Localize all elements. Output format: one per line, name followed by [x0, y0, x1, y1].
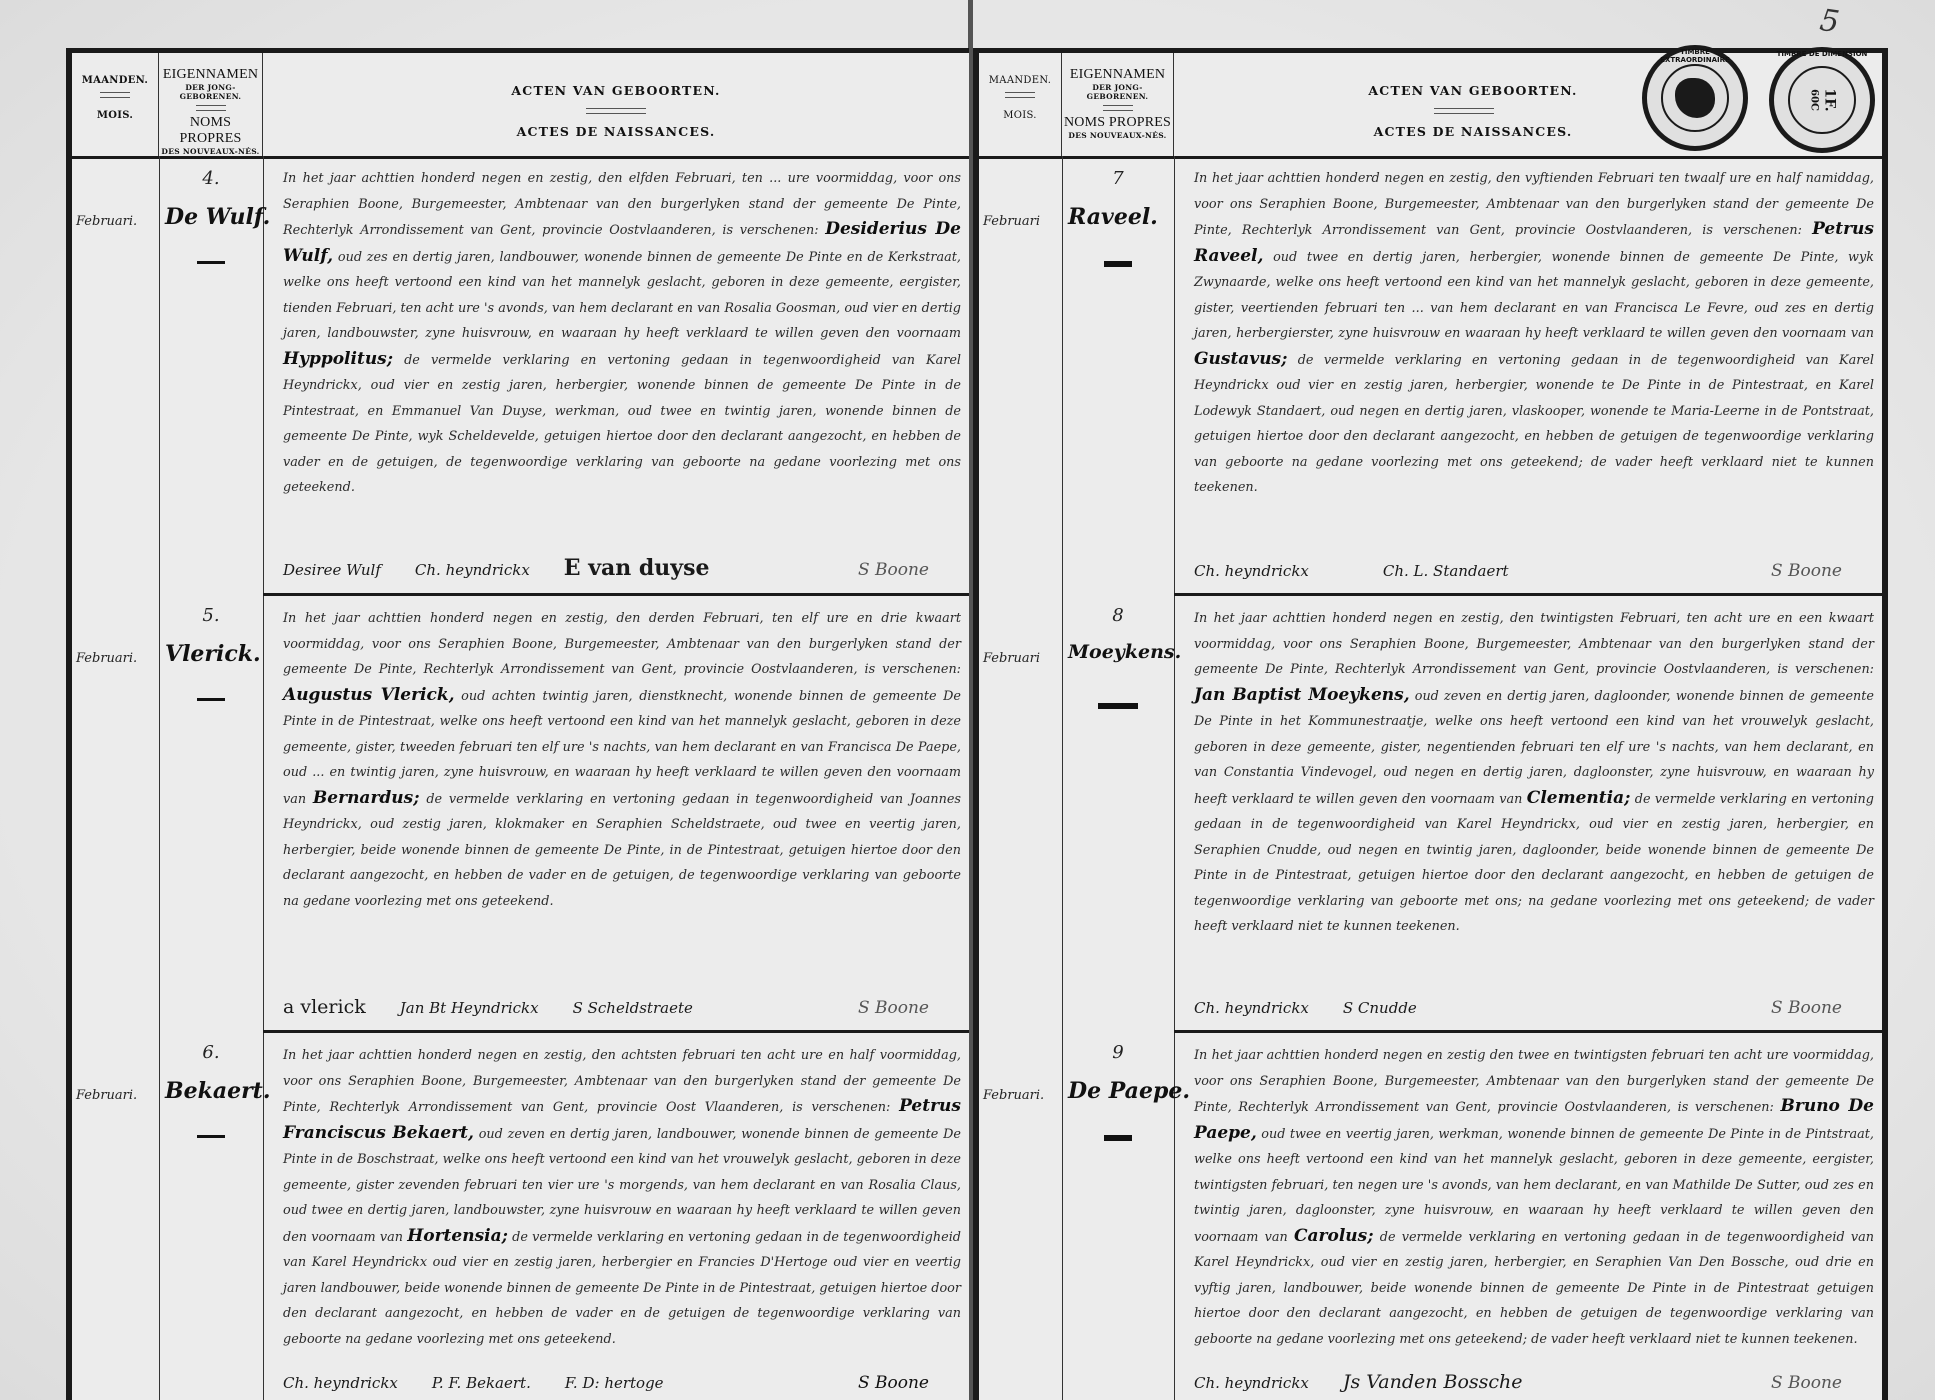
signature: Js Vanden Bossche [1343, 1371, 1523, 1393]
lion-revenue-stamp: TIMBRE EXTRAORDINAIRE [1642, 45, 1748, 151]
signature: Jan Bt Heyndrickx [400, 999, 539, 1017]
double-rule [1103, 105, 1133, 111]
entry-month: Februari. [76, 1088, 137, 1103]
entry-number: 7 [1062, 168, 1174, 189]
child-given-name: Hyppolitus; [283, 349, 393, 369]
entry-month: Februari. [983, 1088, 1044, 1103]
signatures: Ch. heyndrickx S Cnudde S Boone [1194, 998, 1872, 1018]
signature: Ch. heyndrickx [283, 1374, 398, 1392]
signature: Ch. heyndrickx [1194, 1374, 1309, 1392]
registrar-signature: S Boone [858, 1373, 929, 1393]
signature: Ch. L. Standaert [1383, 562, 1509, 580]
record-text: In het jaar achttien honderd negen en ze… [1194, 606, 1874, 940]
record-text: In het jaar achttien honderd negen en ze… [1194, 166, 1874, 501]
birth-record-entry: Februari 8 Moeykens. In het jaar achttie… [979, 593, 1882, 1030]
signature: E van duyse [564, 555, 710, 581]
entry-surname: De Paepe. [1068, 1078, 1190, 1104]
dash-mark [197, 1135, 225, 1138]
birth-record-entry: Februari. 6. Bekaert. In het jaar achtti… [72, 1030, 969, 1400]
double-dash-mark [1098, 703, 1138, 707]
child-given-name: Clementia; [1527, 788, 1631, 808]
signatures: a vlerick Jan Bt Heyndrickx S Scheldstra… [283, 996, 959, 1018]
register-spread: 5 MAANDEN. MOIS. EIGENNAMEN DER JONG-GEB… [0, 0, 1935, 1400]
signatures: Ch. heyndrickx Js Vanden Bossche S Boone [1194, 1371, 1872, 1393]
entry-number: 6. [159, 1042, 263, 1063]
birth-record-entry: Februari. 4. De Wulf. In het jaar achtti… [72, 156, 969, 593]
double-rule [1434, 108, 1494, 114]
left-page: MAANDEN. MOIS. EIGENNAMEN DER JONG-GEBOR… [66, 48, 969, 1400]
record-text: In het jaar achttien honderd negen en ze… [283, 166, 961, 501]
entry-surname: Moeykens. [1068, 641, 1181, 663]
record-text: In het jaar achttien honderd negen en ze… [283, 606, 961, 914]
birth-record-entry: Februari. 5. Vlerick. In het jaar achtti… [72, 593, 969, 1030]
double-rule [586, 108, 646, 114]
double-rule [196, 105, 226, 111]
birth-record-entry: Februari 7 Raveel. In het jaar achttien … [979, 156, 1882, 593]
registrar-signature: S Boone [858, 998, 929, 1018]
signature: Ch. heyndrickx [415, 561, 530, 579]
months-column-header: MAANDEN. MOIS. [72, 53, 159, 156]
double-dash-mark [1104, 1135, 1132, 1139]
page-number: 5 [1818, 3, 1842, 40]
lion-emblem-icon [1675, 78, 1715, 118]
signature: S Cnudde [1343, 999, 1417, 1017]
entry-month: Februari [983, 214, 1040, 229]
signature: Ch. heyndrickx [1194, 999, 1309, 1017]
register-header: MAANDEN. MOIS. EIGENNAMEN DER JONG-GEBOR… [979, 53, 1882, 159]
signatures: Ch. heyndrickx Ch. L. Standaert S Boone [1194, 561, 1872, 581]
names-column-header: EIGENNAMEN DER JONG-GEBORENEN. NOMS PROP… [159, 53, 263, 156]
dash-mark [197, 698, 225, 701]
signatures: Desiree Wulf Ch. heyndrickx E van duyse … [283, 555, 959, 581]
entry-surname: Vlerick. [165, 641, 261, 667]
child-given-name: Carolus; [1294, 1226, 1374, 1246]
names-column-header: EIGENNAMEN DER JONG-GEBORENEN. NOMS PROP… [1062, 53, 1174, 156]
record-text: In het jaar achttien honderd negen en ze… [283, 1043, 961, 1352]
entry-number: 8 [1062, 605, 1174, 626]
double-rule [1005, 92, 1035, 98]
dash-mark [197, 261, 225, 264]
child-given-name: Gustavus; [1194, 349, 1287, 369]
declarant-name: Augustus Vlerick, [283, 685, 455, 705]
child-given-name: Bernardus; [313, 788, 420, 808]
double-dash-mark [1104, 261, 1132, 265]
entry-number: 5. [159, 605, 263, 626]
declarant-name: Jan Baptist Moeykens, [1194, 685, 1410, 705]
child-given-name: Hortensia; [407, 1226, 508, 1246]
entry-number: 9 [1062, 1042, 1174, 1063]
registrar-signature: S Boone [858, 560, 929, 580]
entry-number: 4. [159, 168, 263, 189]
signature: Ch. heyndrickx [1194, 562, 1309, 580]
signature: Desiree Wulf [283, 561, 381, 579]
signature: S Scheldstraete [573, 999, 693, 1017]
months-column-header: MAANDEN. MOIS. [979, 53, 1062, 156]
entry-month: Februari. [76, 651, 137, 666]
entry-surname: Bekaert. [165, 1078, 271, 1104]
right-page: MAANDEN. MOIS. EIGENNAMEN DER JONG-GEBOR… [973, 48, 1888, 1400]
signatures: Ch. heyndrickx P. F. Bekaert. F. D: hert… [283, 1373, 959, 1393]
stamp-value: 1F.60C [1807, 88, 1837, 111]
dimension-stamp: TIMBRE DE DIMENSION 1F.60C [1769, 47, 1875, 153]
entry-month: Februari [983, 651, 1040, 666]
registrar-signature: S Boone [1771, 998, 1842, 1018]
entry-surname: Raveel. [1068, 204, 1158, 230]
signature: F. D: hertoge [565, 1374, 664, 1392]
acts-column-header: ACTEN VAN GEBOORTEN. ACTES DE NAISSANCES… [263, 53, 969, 156]
entry-month: Februari. [76, 214, 137, 229]
registrar-signature: S Boone [1771, 561, 1842, 581]
signature: a vlerick [283, 996, 366, 1018]
record-text: In het jaar achttien honderd negen en ze… [1194, 1043, 1874, 1352]
registrar-signature: S Boone [1771, 1373, 1842, 1393]
birth-record-entry: Februari. 9 De Paepe. In het jaar achtti… [979, 1030, 1882, 1400]
entry-surname: De Wulf. [165, 204, 270, 230]
double-rule [100, 92, 130, 98]
register-header: MAANDEN. MOIS. EIGENNAMEN DER JONG-GEBOR… [72, 53, 969, 159]
signature: P. F. Bekaert. [432, 1374, 531, 1392]
